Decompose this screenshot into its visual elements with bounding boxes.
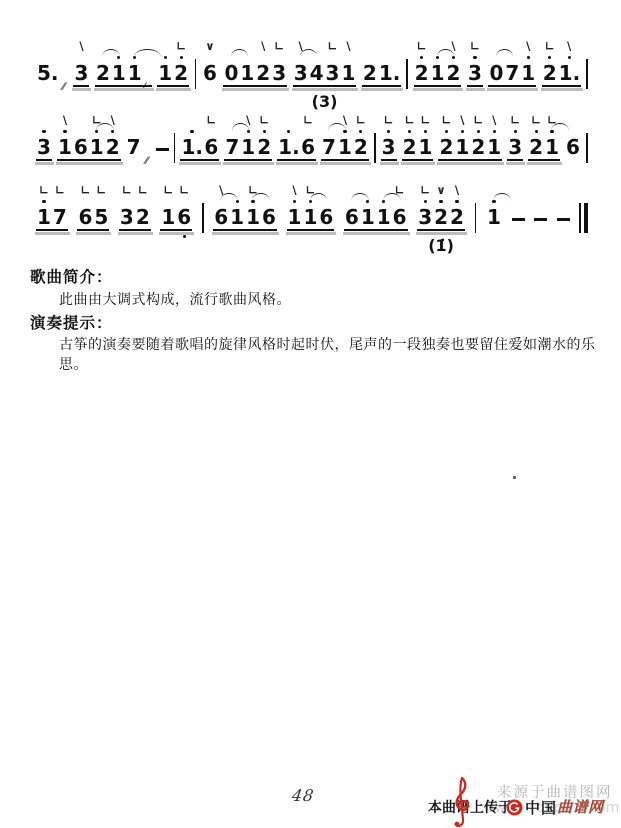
fingering-mark: ∟ <box>402 115 418 126</box>
octave-dot-above <box>548 56 551 59</box>
octave-dot-below <box>183 235 186 238</box>
beam-underline-shadow <box>292 88 359 91</box>
beam-underline <box>287 229 335 231</box>
beam-underline-shadow <box>286 232 337 235</box>
final-barline <box>579 203 587 233</box>
fingering-mark: ∟ <box>176 185 192 196</box>
note: 2∟ <box>173 62 189 84</box>
note: 6 <box>73 136 89 158</box>
note: 3∟ <box>381 136 397 158</box>
octave-dot-above <box>293 200 296 203</box>
octave-dot-above <box>387 130 390 133</box>
note-group: 71\2∟ <box>224 136 272 159</box>
note-group: 1\1∟6 <box>287 206 335 229</box>
note: 2\ <box>105 136 121 158</box>
note: 1 <box>127 62 143 84</box>
barline <box>586 59 588 89</box>
fingering-mark: ∟ <box>353 115 369 126</box>
note-group: 3\ <box>73 62 89 85</box>
fingering-mark: ∟ <box>36 185 52 196</box>
note: 2 <box>362 62 378 84</box>
note: 1. <box>180 136 203 158</box>
beam-underline-shadow <box>156 88 191 91</box>
beam-underline <box>467 85 483 87</box>
octave-dot-above <box>263 130 266 133</box>
beam-underline-shadow <box>118 232 153 235</box>
note: 5.// <box>36 62 68 89</box>
note: 2∟ <box>470 136 486 158</box>
fingering-mark: \ <box>340 41 356 52</box>
note-group: 071\ <box>488 62 536 85</box>
note: 6 <box>318 206 334 228</box>
measure-annotation: (3) <box>293 92 357 111</box>
note: 1∟ <box>245 206 261 228</box>
octave-dot-above <box>445 130 448 133</box>
beam-underline-shadow <box>94 88 154 91</box>
music-line-1: 5.//3\211//12∟6∨012\3∟3\43∟1\(3)21.2∟12\… <box>36 38 588 89</box>
note: 2∟ <box>542 62 558 84</box>
site-name-prefix: 中国 <box>525 797 557 818</box>
slur-arc <box>496 49 514 57</box>
duration-dash <box>534 218 547 221</box>
beam-underline-shadow <box>437 162 504 165</box>
note-group: 3∟2∟ <box>119 206 151 229</box>
beam-underline-shadow <box>416 232 467 235</box>
beam-underline <box>507 159 523 161</box>
duration-dash <box>156 148 169 151</box>
fingering-mark: \ <box>449 185 465 196</box>
fingering-mark: ∟ <box>528 115 544 126</box>
beam-underline <box>528 159 560 161</box>
note: 2∟ <box>414 62 430 84</box>
note: 7// <box>126 136 151 163</box>
section-body-song-intro: 此曲由大调式构成，流行歌曲风格。 <box>59 289 291 309</box>
octave-dot-above <box>477 130 480 133</box>
barline <box>202 203 204 233</box>
note-group: 21. <box>362 62 401 85</box>
beam-underline-shadow <box>35 162 54 165</box>
note-group: 1.6∟ <box>277 136 316 159</box>
octave-dot-above <box>439 200 442 203</box>
fingering-mark: ∟ <box>256 115 272 126</box>
beam-underline-shadow <box>413 88 464 91</box>
section-heading-song-intro: 歌曲简介： <box>30 265 113 287</box>
octave-dot-above <box>424 130 427 133</box>
octave-dot-above <box>461 130 464 133</box>
fingering-mark: ∟ <box>381 115 397 126</box>
octave-dot-above <box>420 56 423 59</box>
note: 3∟ <box>417 206 433 228</box>
fingering-mark: ∟ <box>52 185 68 196</box>
fingering-mark: ∟ <box>135 185 151 196</box>
fingering-mark: ∟ <box>203 115 219 126</box>
note: 3\ <box>293 62 309 84</box>
beam-underline-shadow <box>223 162 274 165</box>
note: 1 <box>111 62 127 84</box>
octave-dot-above <box>473 56 476 59</box>
octave-dot-above <box>455 200 458 203</box>
treble-clef-icon <box>450 776 474 828</box>
note: 2∟ <box>256 136 272 158</box>
note: 7 <box>321 136 337 158</box>
octave-dot-above <box>42 130 45 133</box>
octave-dot-above <box>514 130 517 133</box>
slur-arc <box>328 123 346 131</box>
beam-underline-shadow <box>212 232 279 235</box>
octave-dot-above <box>287 130 290 133</box>
note: 2\ <box>449 206 465 228</box>
note: 1\ <box>454 136 470 158</box>
note-group: 2∟1∟ <box>402 136 434 159</box>
beam-underline-shadow <box>527 162 562 165</box>
fingering-mark: ∟ <box>325 41 341 52</box>
music-line-2: 31\61∟2\7//1.6∟71\2∟1.6∟71\2∟3∟2∟1∟2∟1\2… <box>36 112 588 163</box>
beam-underline-shadow <box>76 232 111 235</box>
beam-underline <box>95 85 152 87</box>
note: 3∟ <box>271 62 287 84</box>
note-group: 6∨ <box>202 62 218 85</box>
note: 6 <box>261 206 277 228</box>
note: 1∟ <box>544 136 560 158</box>
fingering-mark: \ <box>454 115 470 126</box>
note: 1∟ <box>89 136 105 158</box>
barline <box>195 59 197 89</box>
octave-dot-above <box>359 130 362 133</box>
fingering-mark: ∟ <box>173 41 189 52</box>
beam-underline <box>277 159 316 161</box>
fingering-mark: \ <box>486 115 502 126</box>
beam-underline <box>362 85 401 87</box>
note-group: 1\61∟2\ <box>57 136 121 159</box>
beam-underline <box>488 85 536 87</box>
note: 1 <box>157 62 173 84</box>
note: 1∟ <box>418 136 434 158</box>
slur-arc <box>252 193 270 201</box>
note-group: 5.// <box>36 62 68 89</box>
fingering-mark: \ <box>57 115 73 126</box>
slur-arc <box>96 123 114 131</box>
octave-dot-above <box>535 130 538 133</box>
note-group: 6∟5∟ <box>77 206 109 229</box>
beam-underline <box>293 85 357 87</box>
barline <box>406 59 408 89</box>
beam-underline <box>381 159 397 161</box>
note-group: 6116∟ <box>344 206 408 229</box>
fingering-mark: ∟ <box>77 185 93 196</box>
note-group: 3 <box>36 136 52 159</box>
note: 6 <box>344 206 360 228</box>
beam-underline <box>77 229 109 231</box>
fingering-mark: \ <box>287 185 303 196</box>
beam-underline-shadow <box>487 88 538 91</box>
note-group: 71\2∟ <box>321 136 369 159</box>
beam-underline <box>119 229 151 231</box>
note-group: 1∟6∟ <box>160 206 192 229</box>
beam-underline-shadow <box>506 162 525 165</box>
beam-underline <box>73 85 89 87</box>
beam-underline <box>57 159 121 161</box>
duration-dash <box>512 218 525 221</box>
beam-underline-shadow <box>179 162 221 165</box>
note: 2∟ <box>438 136 454 158</box>
note: 3∟ <box>467 62 483 84</box>
note-group: 1 <box>486 206 502 229</box>
beam-underline-shadow <box>343 232 410 235</box>
beam-underline-shadow <box>380 162 399 165</box>
beam-underline <box>180 159 219 161</box>
note: 7∟ <box>52 206 68 228</box>
fingering-mark: ∟ <box>542 41 558 52</box>
note: 3 <box>36 136 52 158</box>
fingering-mark: ∟ <box>300 115 316 126</box>
note: 1 <box>229 206 245 228</box>
note: 2∟ <box>353 136 369 158</box>
beam-underline <box>438 159 502 161</box>
note: 2∟ <box>402 136 418 158</box>
note: 7 <box>504 62 520 84</box>
slur-arc <box>231 49 249 57</box>
note: 2∟ <box>135 206 151 228</box>
fingering-mark: \ <box>255 41 271 52</box>
note: 1 <box>486 206 502 228</box>
note: 1. <box>277 136 300 158</box>
music-line-3: 1∟7∟6∟5∟3∟2∟1∟6∟6\11∟61\1∟66116∟3∟2∨2\(1… <box>36 182 588 233</box>
note-group: 211// <box>95 62 152 85</box>
beam-underline-shadow <box>466 88 485 91</box>
note-group: 012\3∟ <box>223 62 287 85</box>
barline <box>174 133 176 163</box>
measure-annotation: (1̇) <box>417 236 465 255</box>
note: 2∨ <box>433 206 449 228</box>
fingering-mark: \ <box>73 41 89 52</box>
note: 2\ <box>255 62 271 84</box>
note-group: 2∟1.\ <box>542 62 581 85</box>
note-group: 3∟ <box>467 62 483 85</box>
slur-arc <box>134 49 161 57</box>
beam-underline <box>157 85 189 87</box>
fingering-mark: ∟ <box>160 185 176 196</box>
note-group: 3∟ <box>507 136 523 159</box>
slur-arc <box>383 193 401 201</box>
note-group: 1.6∟ <box>180 136 219 159</box>
note: 6 <box>565 136 581 158</box>
note: 6∟ <box>203 136 219 158</box>
beam-underline-shadow <box>401 162 436 165</box>
note: 1∟ <box>302 206 318 228</box>
octave-dot-above <box>568 56 571 59</box>
note-group: 2∟1\2∟1\ <box>438 136 502 159</box>
octave-dot-above <box>408 130 411 133</box>
note: 1 <box>239 62 255 84</box>
note-group: 3∟2∨2\(1̇) <box>417 206 465 229</box>
note-group: 6 <box>565 136 581 159</box>
beam-underline <box>417 229 465 231</box>
note-group: 2∟12\ <box>414 62 462 85</box>
fingering-mark: ∨ <box>202 41 218 52</box>
note: 2 <box>95 62 111 84</box>
note: 6∟ <box>77 206 93 228</box>
octave-dot-above <box>180 56 183 59</box>
note: 6∨ <box>202 62 218 84</box>
page-number: 48 <box>291 786 316 805</box>
beam-underline <box>402 159 434 161</box>
note: 6∟ <box>176 206 192 228</box>
site-name: 曲谱网 <box>557 796 604 817</box>
note: 1\ <box>57 136 73 158</box>
fingering-mark: ∟ <box>271 41 287 52</box>
note: 1\ <box>287 206 303 228</box>
section-body-performance-tips: 古筝的演奏要随着歌唱的旋律风格时起时伏，尾声的一段独奏也要留住爱如潮水的乐思。 <box>59 334 621 374</box>
note: 4 <box>309 62 325 84</box>
fingering-mark: ∨ <box>433 185 449 196</box>
slur-arc <box>102 49 120 57</box>
slur-arc <box>220 193 238 201</box>
beam-underline-shadow <box>72 88 91 91</box>
duration-dash <box>557 218 570 221</box>
beam-underline-shadow <box>56 162 123 165</box>
beam-underline-shadow <box>320 162 371 165</box>
note: 1\ <box>340 62 356 84</box>
note-group: 1∟7∟ <box>36 206 68 229</box>
note-group: 3\43∟1\(3) <box>293 62 357 85</box>
fingering-mark: ∟ <box>119 185 135 196</box>
octave-dot-above <box>164 56 167 59</box>
barline <box>586 133 588 163</box>
note: 6\ <box>213 206 229 228</box>
fingering-mark: ∟ <box>507 115 523 126</box>
beam-underline <box>321 159 369 161</box>
note: 6∟ <box>300 136 316 158</box>
note-group: 7// <box>126 136 151 163</box>
beam-underline <box>36 229 68 231</box>
note: 1. <box>378 62 401 84</box>
barline <box>475 203 477 233</box>
note-group: 2∟1∟ <box>528 136 560 159</box>
note: 0 <box>488 62 504 84</box>
note-group: 3∟ <box>381 136 397 159</box>
slur-arc <box>351 193 369 201</box>
octave-dot-above <box>63 130 66 133</box>
note: 2∟ <box>528 136 544 158</box>
fingering-mark: ∟ <box>467 41 483 52</box>
slur-arc <box>551 123 569 131</box>
beam-underline <box>224 159 272 161</box>
beam-underline <box>160 229 192 231</box>
section-heading-performance-tips: 演奏提示： <box>30 311 113 333</box>
note: 1\ <box>520 62 536 84</box>
note: 1\ <box>240 136 256 158</box>
beam-underline-shadow <box>222 88 289 91</box>
beam-underline-shadow <box>159 232 194 235</box>
fingering-mark: ∟ <box>417 185 433 196</box>
note: 1 <box>376 206 392 228</box>
fingering-mark: ∟ <box>414 41 430 52</box>
note: 1 <box>430 62 446 84</box>
note: 6∟ <box>392 206 408 228</box>
fingering-mark: \ <box>520 41 536 52</box>
beam-underline <box>223 85 287 87</box>
note: 3\ <box>73 62 89 84</box>
note: 1\ <box>337 136 353 158</box>
slur-arc <box>300 49 318 57</box>
note: 2\ <box>446 62 462 84</box>
note: 7 <box>224 136 240 158</box>
octave-dot-above <box>527 56 530 59</box>
note: 3∟ <box>325 62 341 84</box>
beam-underline <box>414 85 462 87</box>
fingering-mark: ∟ <box>470 115 486 126</box>
note: 0 <box>223 62 239 84</box>
beam-underline-shadow <box>276 162 318 165</box>
note: 1∟ <box>36 206 52 228</box>
octave-dot-above <box>190 130 193 133</box>
octave-dot-above <box>42 200 45 203</box>
barline <box>374 133 376 163</box>
note-group: 12∟ <box>157 62 189 85</box>
note: 1∟ <box>160 206 176 228</box>
octave-dot-above <box>424 200 427 203</box>
beam-underline-shadow <box>541 88 583 91</box>
beam-underline <box>542 85 581 87</box>
note: 1 <box>360 206 376 228</box>
note-group: 6\11∟6 <box>213 206 277 229</box>
sheet-music-page: 5.//3\211//12∟6∨012\3∟3\43∟1\(3)21.2∟12\… <box>0 0 621 828</box>
beam-underline-shadow <box>361 88 403 91</box>
slur-arc <box>493 193 511 201</box>
fingering-mark: ∟ <box>438 115 454 126</box>
beam-underline <box>213 229 277 231</box>
fingering-mark: \ <box>558 41 581 52</box>
slur-arc <box>310 193 328 201</box>
note: 1\ <box>486 136 502 158</box>
note: 1.\ <box>558 62 581 84</box>
note: 3∟ <box>119 206 135 228</box>
beam-underline <box>344 229 408 231</box>
scan-speck <box>513 476 516 479</box>
site-logo-icon <box>506 799 523 821</box>
note: 3∟ <box>507 136 523 158</box>
beam-underline-shadow <box>35 232 70 235</box>
note: 5∟ <box>93 206 109 228</box>
fingering-mark: ∟ <box>418 115 434 126</box>
fingering-mark: ∟ <box>93 185 109 196</box>
octave-dot-above <box>493 130 496 133</box>
beam-underline <box>36 159 52 161</box>
